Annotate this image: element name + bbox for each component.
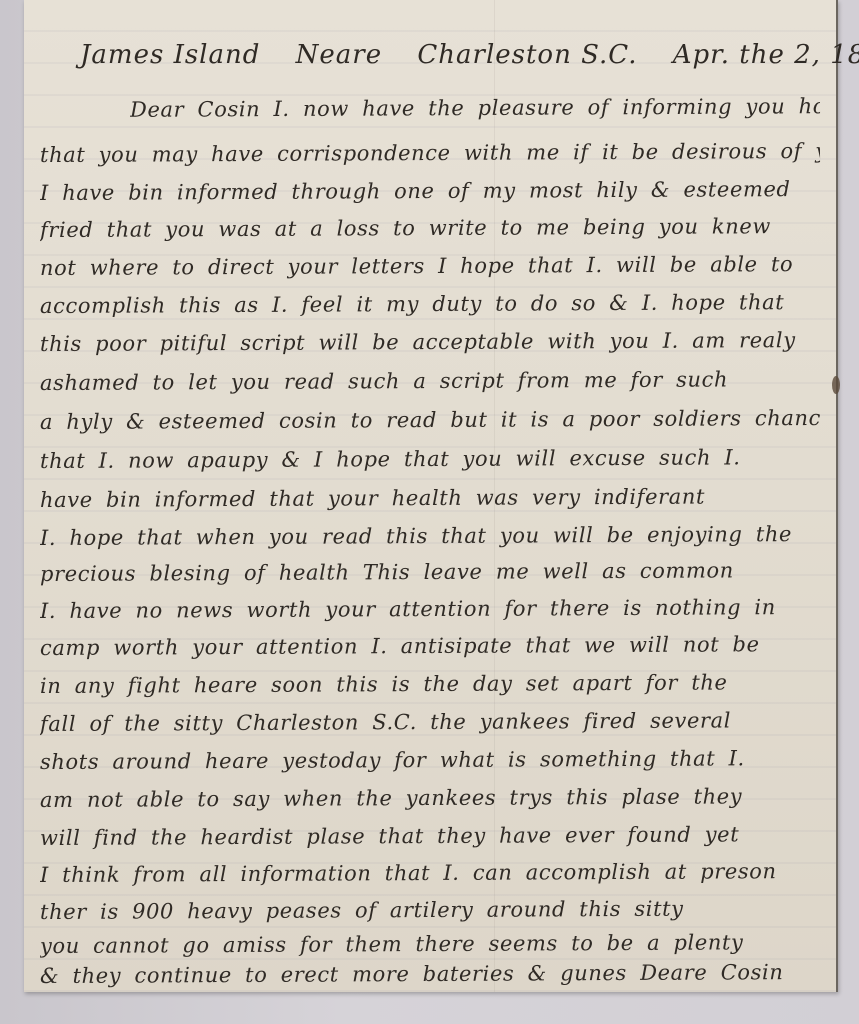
letter-line: camp worth your attention I. antisipate … bbox=[40, 632, 820, 660]
letter-line: shots around heare yestoday for what is … bbox=[40, 746, 820, 774]
letter-line: am not able to say when the yankees trys… bbox=[40, 784, 820, 812]
letter-line: a hyly & esteemed cosin to read but it i… bbox=[40, 406, 820, 434]
letter-heading: James Island Neare Charleston S.C. Apr. … bbox=[80, 40, 820, 70]
letter-line: ther is 900 heavy peases of artilery aro… bbox=[40, 896, 820, 924]
letter-line: fall of the sitty Charleston S.C. the ya… bbox=[40, 708, 820, 736]
letter-line: fried that you was at a loss to write to… bbox=[40, 214, 820, 242]
letter-line: you cannot go amiss for them there seems… bbox=[40, 930, 820, 958]
heading-city: Charleston S.C. bbox=[417, 40, 637, 70]
letter-line: not where to direct your letters I hope … bbox=[40, 252, 820, 280]
letter-line: I have bin informed through one of my mo… bbox=[40, 177, 820, 205]
letter-line: I. have no news worth your attention for… bbox=[40, 595, 820, 623]
letter-line: accomplish this as I. feel it my duty to… bbox=[40, 290, 820, 318]
letter-line: have bin informed that your health was v… bbox=[40, 484, 820, 512]
heading-near: Neare bbox=[296, 40, 382, 70]
letter-line: Dear Cosin I. now have the pleasure of i… bbox=[130, 94, 820, 122]
letter-line: & they continue to erect more bateries &… bbox=[40, 960, 820, 988]
letter-line: precious blesing of health This leave me… bbox=[40, 558, 820, 586]
letter-line: I think from all information that I. can… bbox=[40, 859, 820, 887]
letter-line: that I. now apaupy & I hope that you wil… bbox=[40, 445, 820, 473]
letter-line: I. hope that when you read this that you… bbox=[40, 522, 820, 550]
letter-line: will find the heardist plase that they h… bbox=[40, 822, 820, 850]
paper-stain bbox=[832, 376, 840, 394]
heading-place: James Island bbox=[80, 40, 260, 70]
letter-line: in any fight heare soon this is the day … bbox=[40, 670, 820, 698]
letter-line: ashamed to let you read such a script fr… bbox=[40, 367, 820, 395]
heading-date: Apr. the 2, 1863 bbox=[673, 40, 859, 70]
letter-line: that you may have corrispondence with me… bbox=[40, 139, 820, 167]
letter-line: this poor pitiful script will be accepta… bbox=[40, 328, 820, 356]
